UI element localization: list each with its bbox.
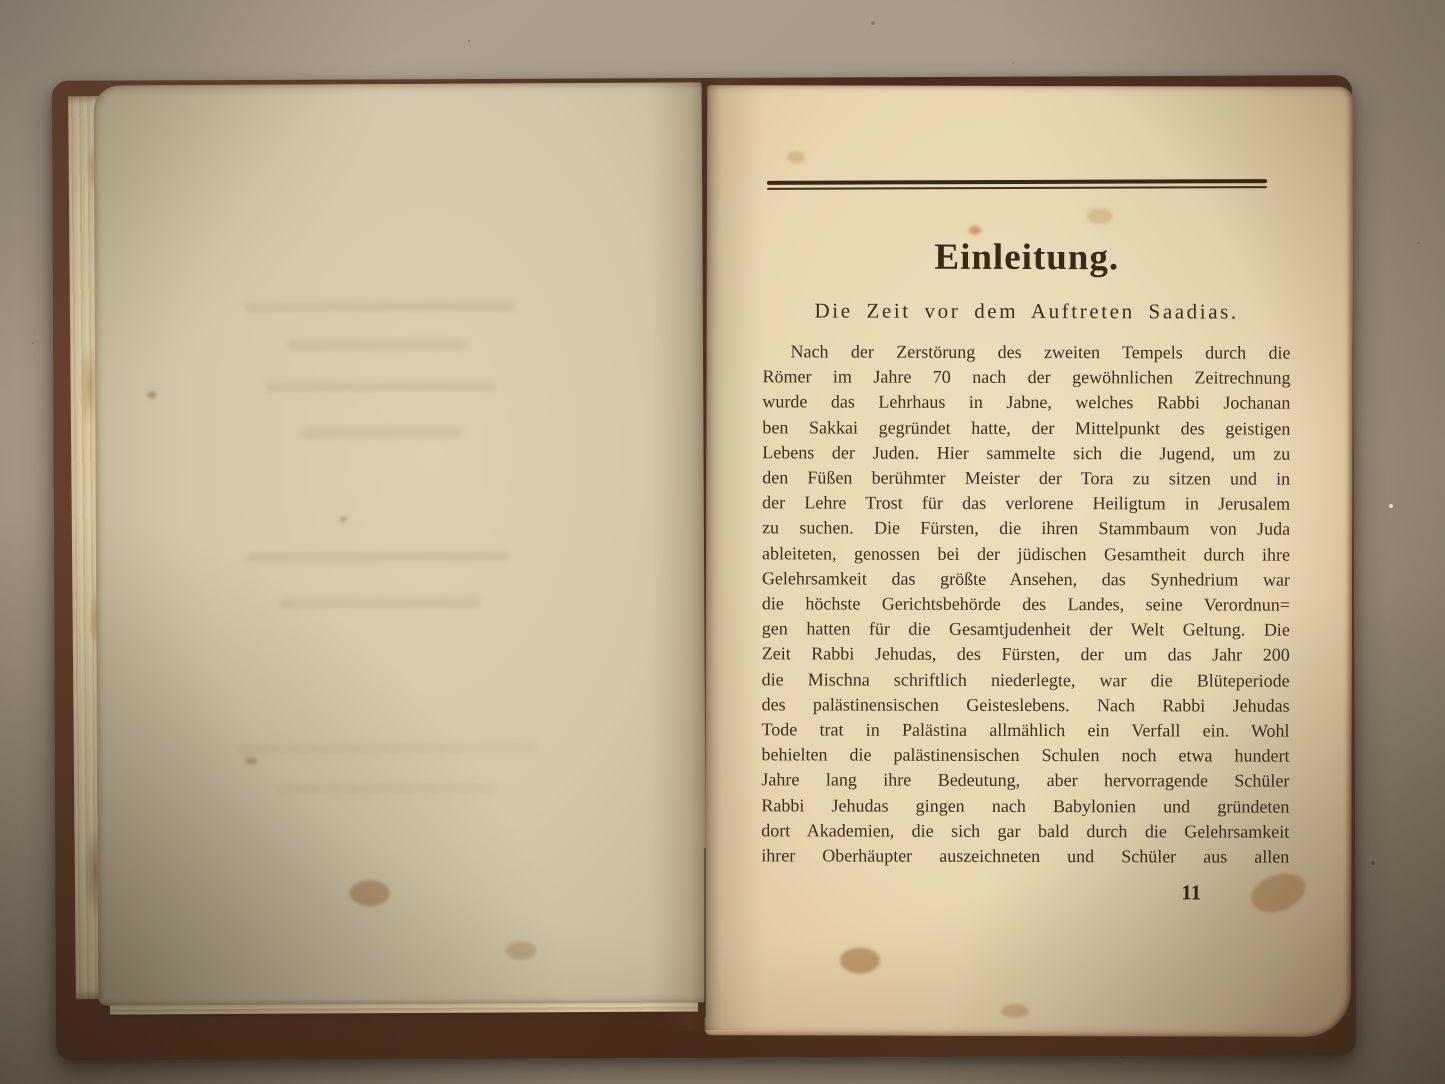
rule-thin-line [767, 186, 1267, 190]
section-subheading: Die Zeit vor dem Auftreten Saadias. [763, 295, 1291, 326]
show-through-text [246, 551, 508, 562]
body-text-line: der Lehre Trost für das verlorene Heilig… [762, 491, 1290, 518]
page-number: 11 [1181, 880, 1201, 905]
body-text: Nach der Zerstörung des zweiten Tempels … [761, 339, 1290, 870]
show-through-text [287, 340, 467, 350]
body-text-line: wurde das Lehrhaus in Jabne, welches Rab… [762, 390, 1290, 417]
body-text-line: behielten die palästinensischen Schulen … [761, 743, 1289, 770]
foxing-stain [245, 757, 257, 765]
body-text-line: Rabbi Jehudas gingen nach Babylonien und… [761, 793, 1289, 820]
body-text-line: Lebens der Juden. Hier sammelte sich die… [762, 440, 1290, 467]
body-text-line: dort Akademien, die sich gar bald durch … [761, 818, 1289, 845]
body-text-line: Römer im Jahre 70 nach der gewöhnlichen … [762, 365, 1290, 392]
body-text-line: ihrer Oberhäupter auszeichneten und Schü… [761, 843, 1289, 870]
foxing-stain [506, 941, 536, 959]
body-text-line: ableiteten, genossen bei der jüdischen G… [762, 541, 1290, 568]
double-rule [767, 179, 1267, 190]
body-text-line: Tode trat in Palästina allmählich ein Ve… [762, 717, 1290, 744]
photo-of-open-book: Einleitung. Die Zeit vor dem Auftreten S… [0, 0, 1445, 1084]
body-text-line: Nach der Zerstörung des zweiten Tempels … [763, 339, 1291, 366]
rule-thick-line [767, 179, 1267, 185]
body-text-line: des palästinensischen Geisteslebens. Nac… [762, 692, 1290, 719]
body-text-line: Jahre lang ihre Bedeutung, aber hervorra… [761, 768, 1289, 795]
page-content: Einleitung. Die Zeit vor dem Auftreten S… [761, 85, 1291, 1036]
body-text-line: die Mischna schriftlich niederlegte, war… [762, 667, 1290, 694]
show-through-text [280, 598, 480, 609]
body-text-line: die höchste Gerichtsbehörde des Landes, … [762, 591, 1290, 618]
body-text-line: gen hatten für die Gesamtjudenheit der W… [762, 617, 1290, 644]
body-text-line: Zeit Rabbi Jehudas, des Fürsten, der um … [762, 642, 1290, 669]
show-through-text [245, 301, 515, 311]
show-through-text [237, 743, 537, 755]
left-blank-page [94, 82, 707, 1005]
show-through-text [301, 428, 461, 438]
right-text-page: Einleitung. Die Zeit vor dem Auftreten S… [705, 85, 1353, 1037]
body-text-line: ben Sakkai gegründet hatte, der Mittelpu… [762, 415, 1290, 442]
show-through-text [265, 381, 495, 391]
body-text-line: den Füßen berühmter Meister der Tora zu … [762, 465, 1290, 492]
foxing-stain [350, 880, 390, 906]
foxing-stain [340, 516, 347, 522]
show-through-text [277, 783, 497, 794]
body-text-line: zu suchen. Die Fürsten, die ihren Stammb… [762, 516, 1290, 543]
foxing-stain [147, 391, 156, 398]
surface-speckles [0, 0, 2, 2]
chapter-heading: Einleitung. [763, 235, 1291, 280]
body-text-line: Gelehrsamkeit das größte Ansehen, das Sy… [762, 566, 1290, 593]
